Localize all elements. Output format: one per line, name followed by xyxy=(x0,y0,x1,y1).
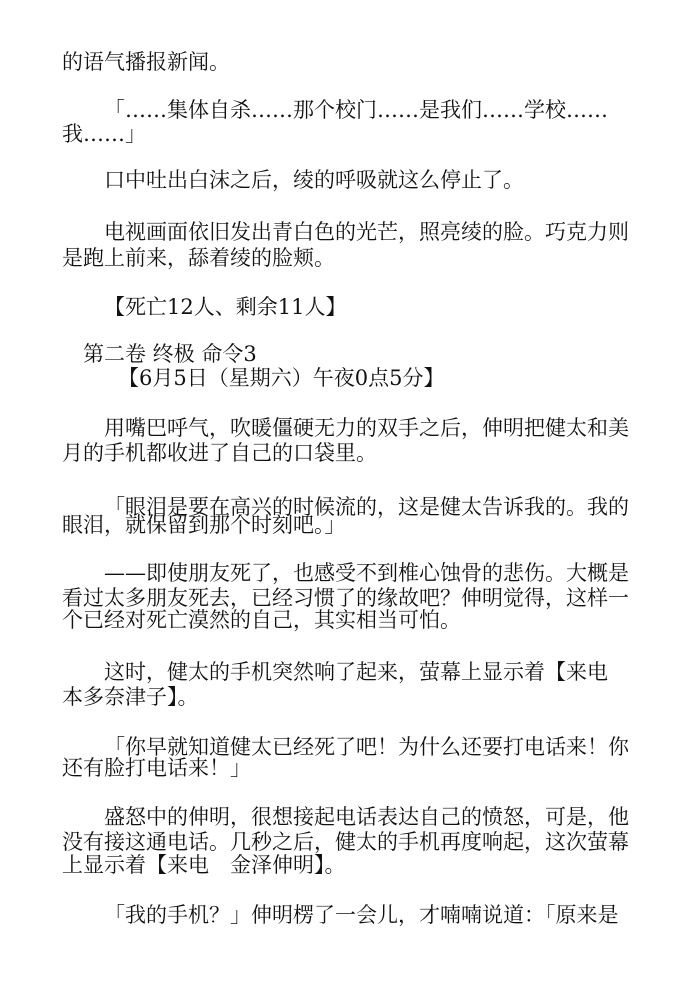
text-line: 「……集体自杀……那个校门……是我们……学校…… xyxy=(104,98,608,122)
text-line: 我……」 xyxy=(62,122,146,146)
text-line: 电视画面依旧发出青白色的光芒，照亮绫的脸。巧克力则 xyxy=(104,220,629,244)
text-line: 这时，健太的手机突然响了起来，萤幕上显示着【来电 xyxy=(104,660,608,684)
text-line: 用嘴巴呼气，吹暖僵硬无力的双手之后，伸明把健太和美 xyxy=(104,416,629,440)
death-count-line: 【死亡12人、剩余11人】 xyxy=(104,295,346,319)
text-line: 口中吐出白沫之后，绫的呼吸就这么停止了。 xyxy=(104,168,524,192)
text-line: 是跑上前来，舔着绫的脸颊。 xyxy=(62,246,335,270)
text-line: 没有接这通电话。几秒之后，健太的手机再度响起，这次萤幕 xyxy=(62,830,629,854)
text-line: 眼泪，就保留到那个时刻吧。」 xyxy=(62,513,346,537)
text-line: 还有脸打电话来！」 xyxy=(62,756,251,780)
text-line: 上显示着【来电 金泽伸明】。 xyxy=(62,853,346,877)
text-line: 本多奈津子】。 xyxy=(62,685,199,709)
chapter-date: 【6月5日（星期六）午夜0点5分】 xyxy=(118,366,444,390)
text-line: 月的手机都收进了自己的口袋里。 xyxy=(62,441,377,465)
text-line: 的语气播报新闻。 xyxy=(62,50,230,74)
text-line: 「我的手机？」伸明楞了一会儿，才喃喃说道：「原来是 xyxy=(104,903,619,927)
text-line: 个已经对死亡漠然的自己，其实相当可怕。 xyxy=(62,608,461,632)
text-line: 看过太多朋友死去，已经习惯了的缘故吧？伸明觉得，这样一 xyxy=(62,586,629,610)
text-line: 盛怒中的伸明，很想接起电话表达自己的愤怒，可是，他 xyxy=(104,805,629,829)
chapter-heading: 第二卷 终极 命令3 xyxy=(83,342,257,366)
text-line: ——即使朋友死了，也感受不到椎心蚀骨的悲伤。大概是 xyxy=(104,561,629,585)
